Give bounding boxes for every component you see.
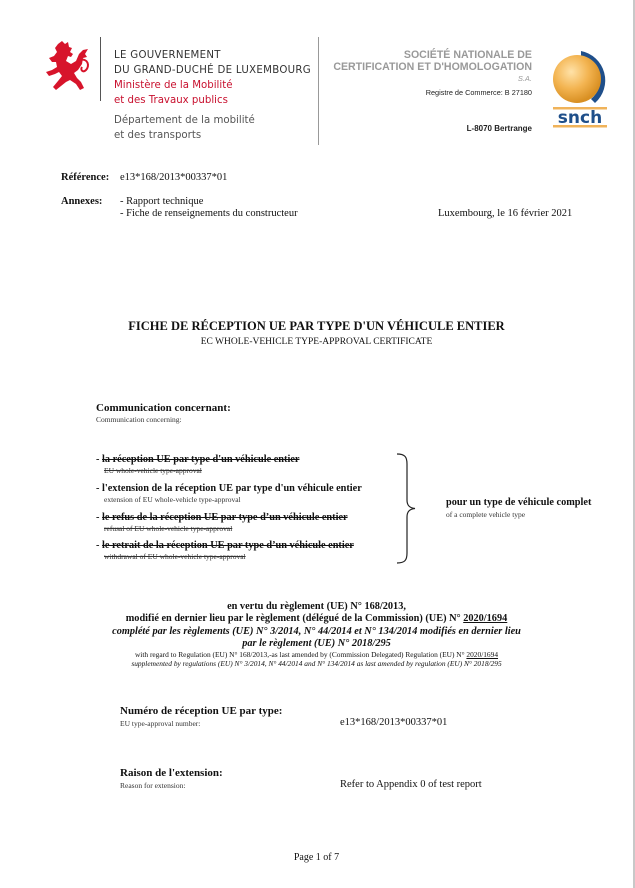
company-name-line1: SOCIÉTÉ NATIONALE DE (333, 50, 532, 62)
regulation-number: 2020/1694 (463, 613, 507, 624)
header-divider-2 (318, 37, 319, 145)
regulation-line3: complété par les règlements (UE) N° 3/20… (0, 626, 633, 637)
red-lion-icon (44, 40, 92, 92)
government-title: LE GOUVERNEMENT DU GRAND-DUCHÉ DE LUXEMB… (114, 48, 311, 108)
approval-number-value: e13*168/2013*00337*01 (340, 717, 447, 728)
bullet: - (96, 454, 99, 465)
option-text: le refus de la réception UE par type d’u… (102, 512, 348, 523)
vehicle-scope-en: of a complete vehicle type (446, 510, 525, 519)
bullet: - (96, 540, 99, 551)
communication-option-extension: - l'extension de la réception UE par typ… (96, 483, 362, 504)
company-legal-form: S.A. (518, 74, 532, 83)
communication-label-en: Communication concerning: (96, 415, 182, 424)
gov-line2: DU GRAND-DUCHÉ DE LUXEMBOURG (114, 63, 311, 78)
regulation-en-line2: supplemented by regulations (EU) N° 3/20… (0, 659, 633, 668)
annex-item: - Rapport technique (120, 196, 298, 208)
ministry-line2: et des Travaux publics (114, 93, 311, 108)
option-text: le retrait de la réception UE par type d… (102, 540, 354, 551)
option-text: l'extension de la réception UE par type … (102, 483, 362, 494)
annexes-label: Annexes: (61, 196, 102, 207)
option-text-en: refusal of EU whole-vehicle type-approva… (96, 524, 348, 533)
option-text-en: withdrawal of EU whole-vehicle type-appr… (96, 552, 354, 561)
option-text-en: EU whole-vehicle type-approval (96, 466, 299, 475)
department-name: Département de la mobilité et des transp… (114, 113, 255, 143)
bullet: - (96, 512, 99, 523)
communication-option-reception: - la réception UE par type d'un véhicule… (96, 454, 299, 475)
option-text-en: extension of EU whole-vehicle type-appro… (96, 495, 362, 504)
communication-option-withdrawal: - le retrait de la réception UE par type… (96, 540, 354, 561)
page-number: Page 1 of 7 (0, 852, 633, 863)
regulation-line2: modifié en dernier lieu par le règlement… (0, 613, 633, 624)
reference-value: e13*168/2013*00337*01 (120, 172, 227, 183)
regulation-number-en: 2020/1694 (466, 650, 498, 659)
company-name-line2: CERTIFICATION ET D'HOMOLOGATION (333, 62, 532, 74)
ministry-line1: Ministère de la Mobilité (114, 78, 311, 93)
annex-item: - Fiche de renseignements du constructeu… (120, 208, 298, 220)
document-subtitle: EC WHOLE-VEHICLE TYPE-APPROVAL CERTIFICA… (0, 337, 633, 347)
regulation-line1: en vertu du règlement (UE) N° 168/2013, (0, 601, 633, 612)
extension-reason-label-en: Reason for extension: (120, 781, 185, 790)
curly-brace-icon (395, 452, 419, 565)
regulation-line4: par le règlement (UE) N° 2018/295 (0, 638, 633, 649)
gov-line1: LE GOUVERNEMENT (114, 48, 311, 63)
department-line1: Département de la mobilité (114, 113, 255, 128)
communication-option-refusal: - le refus de la réception UE par type d… (96, 512, 348, 533)
header-divider (100, 37, 101, 101)
approval-number-label: Numéro de réception UE par type: (120, 705, 282, 717)
document-title: FICHE DE RÉCEPTION UE PAR TYPE D'UN VÉHI… (0, 319, 633, 334)
extension-reason-value: Refer to Appendix 0 of test report (340, 779, 482, 790)
snch-sphere-logo: snch (547, 49, 611, 129)
svg-text:snch: snch (558, 108, 602, 128)
company-address: L-8070 Bertrange (467, 124, 532, 133)
department-line2: et des transports (114, 128, 255, 143)
bullet: - (96, 483, 99, 494)
approval-number-label-en: EU type-approval number: (120, 719, 200, 728)
reference-label: Référence: (61, 172, 109, 183)
company-registry: Registre de Commerce: B 27180 (426, 88, 532, 97)
vehicle-scope: pour un type de véhicule complet (446, 497, 591, 508)
communication-label: Communication concernant: (96, 402, 231, 414)
company-name: SOCIÉTÉ NATIONALE DE CERTIFICATION ET D'… (333, 50, 532, 73)
document-page: LE GOUVERNEMENT DU GRAND-DUCHÉ DE LUXEMB… (0, 0, 635, 888)
document-date: Luxembourg, le 16 février 2021 (438, 208, 572, 219)
extension-reason-label: Raison de l'extension: (120, 767, 223, 779)
regulation-en-line1: with regard to Regulation (EU) N° 168/20… (0, 650, 633, 659)
option-text: la réception UE par type d'un véhicule e… (102, 454, 299, 465)
annexes-list: - Rapport technique - Fiche de renseigne… (120, 196, 298, 220)
